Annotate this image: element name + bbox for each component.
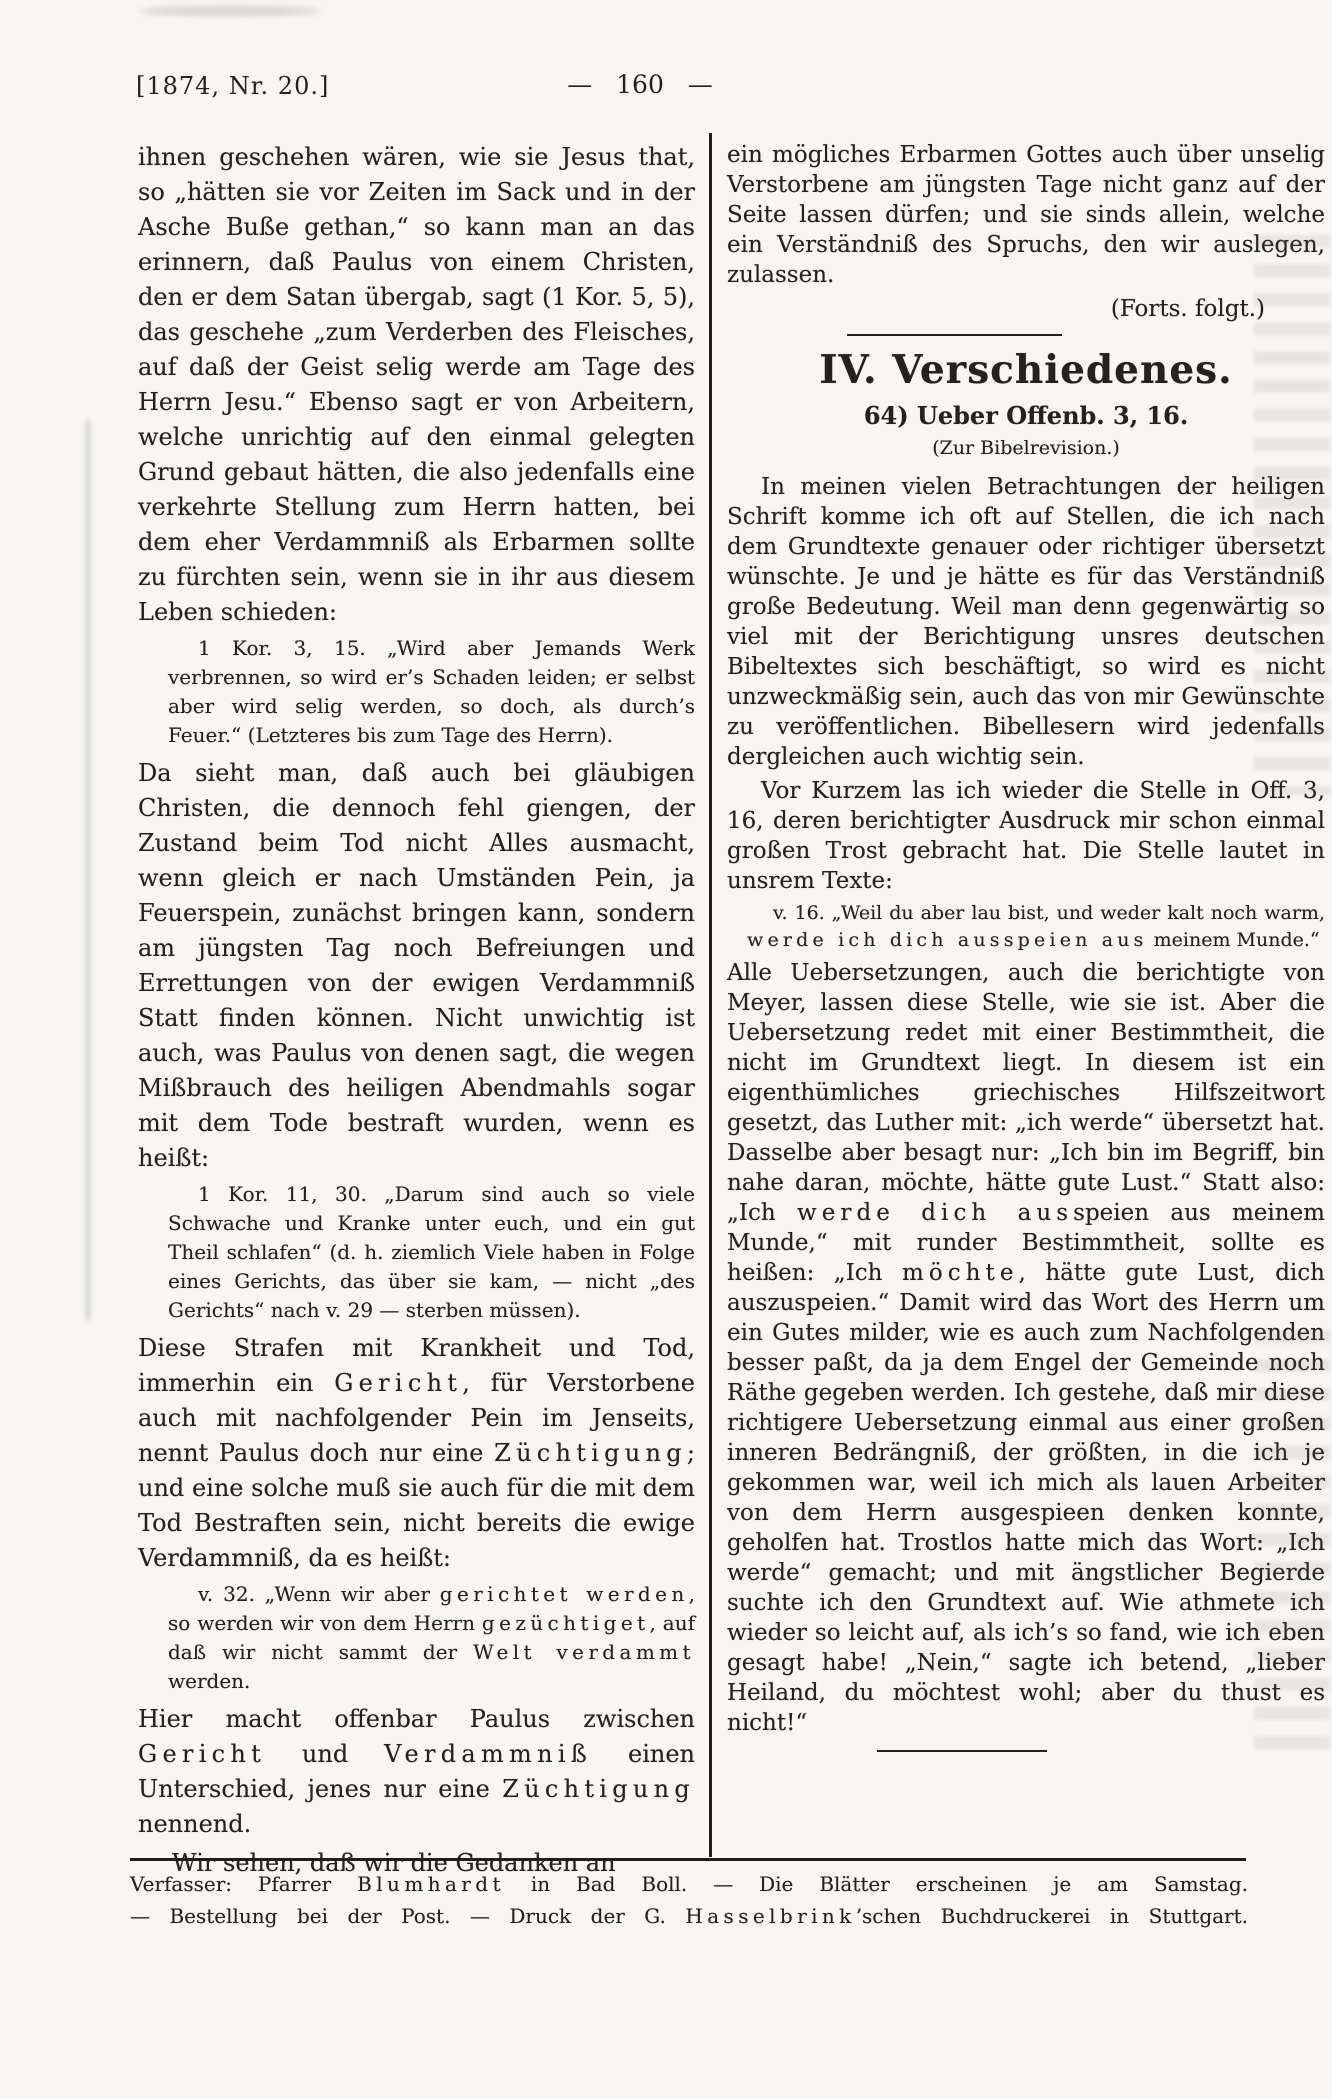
text-run: Verdammniß [384, 1740, 592, 1768]
left-column: ihnen geschehen wären, wie sie Jesus tha… [138, 140, 695, 1885]
imprint-line: Verfasser: Pfarrer Blumhardt in Bad Boll… [130, 1868, 1248, 1900]
text-run: v. 16. „Weil du aber lau bist, und weder… [773, 902, 1325, 924]
article-end-rule [877, 1750, 1047, 1752]
issue-label: [1874, Nr. 20.] [136, 72, 329, 100]
text-run: ’schen Buchdruckerei in Stuttgart. [856, 1904, 1248, 1928]
page-bleed-through [1254, 235, 1330, 795]
text-run: Blumhardt [357, 1872, 505, 1896]
footer-imprint: Verfasser: Pfarrer Blumhardt in Bad Boll… [130, 1868, 1248, 1932]
text-run: , hätte gute Lust, dich auszuspeien.“ Da… [727, 1260, 1325, 1736]
paragraph: ihnen geschehen wären, wie sie Jesus tha… [138, 140, 695, 630]
text-run: v. 32. „Wenn wir aber [198, 1582, 440, 1606]
imprint-line: — Bestellung bei der Post. — Druck der G… [130, 1900, 1248, 1932]
text-run: gezüchtiget [482, 1611, 650, 1635]
text-run: Verfasser: Pfarrer [130, 1872, 357, 1896]
text-run: Gericht [334, 1369, 462, 1397]
text-run: Hasselbrink [685, 1904, 855, 1928]
text-run: — Bestellung bei der Post. — Druck der G… [130, 1904, 685, 1928]
scan-scratch-artifact [86, 420, 90, 1320]
article-heading: 64) Ueber Offenb. 3, 16. [727, 402, 1325, 430]
paragraph: Hier macht offenbar Paulus zwischen Geri… [138, 1702, 695, 1842]
footer-rule [130, 1858, 1246, 1861]
scripture-quote: v. 32. „Wenn wir aber gerichtet werden, … [168, 1580, 695, 1696]
continuation-note: (Forts. folgt.) [727, 294, 1325, 324]
text-run: Hier macht offenbar Paulus zwischen [138, 1705, 695, 1733]
paragraph: In meinen vielen Betrachtungen der heili… [727, 472, 1325, 772]
scan-smudge-artifact [140, 6, 320, 16]
page-number: — 160 — [520, 70, 760, 99]
text-run: und [266, 1740, 384, 1768]
paragraph: Diese Strafen mit Krankheit und Tod, imm… [138, 1331, 695, 1576]
journal-page: [1874, Nr. 20.] — 160 — ihnen geschehen … [0, 0, 1332, 2099]
text-run: möchte [902, 1260, 1019, 1286]
paragraph: Alle Uebersetzungen, auch die berichtigt… [727, 958, 1325, 1738]
verse-quote: v. 16. „Weil du aber lau bist, und weder… [747, 900, 1325, 954]
paragraph: Da sieht man, daß auch bei gläubigen Chr… [138, 756, 695, 1176]
text-run: meinem Munde.“ [1148, 929, 1320, 951]
scripture-quote: 1 Kor. 11, 30. „Darum sind auch so viele… [168, 1180, 695, 1325]
paragraph: Vor Kurzem las ich wieder die Stelle in … [727, 776, 1325, 896]
scripture-quote: 1 Kor. 3, 15. „Wird aber Jemands Werk ve… [168, 634, 695, 750]
text-run: Gericht [138, 1740, 266, 1768]
text-run: werde dich aus [797, 1200, 1073, 1226]
paragraph: ein mögliches Erbarmen Gottes auch über … [727, 140, 1325, 290]
text-run: Welt verdammt [473, 1640, 695, 1664]
right-column: ein mögliches Erbarmen Gottes auch über … [727, 140, 1325, 1752]
text-run: Züchtigung [494, 1439, 687, 1467]
text-run: Züchtigung [502, 1775, 695, 1803]
text-run: in Bad Boll. — Die Blätter erscheinen je… [505, 1872, 1248, 1896]
section-heading: IV. Verschiedenes. [727, 348, 1325, 392]
text-run: werde ich dich ausspeien aus [747, 929, 1148, 951]
text-run: nennend. [138, 1810, 251, 1838]
column-divider [709, 133, 712, 1857]
text-run: gerichtet werden [440, 1582, 689, 1606]
page-bleed-through [1254, 1330, 1330, 1760]
text-run: Alle Uebersetzungen, auch die berichtigt… [727, 960, 1325, 1226]
section-divider-rule [847, 334, 1062, 336]
text-run: werden. [168, 1669, 250, 1693]
article-subheading: (Zur Bibelrevision.) [727, 436, 1325, 460]
